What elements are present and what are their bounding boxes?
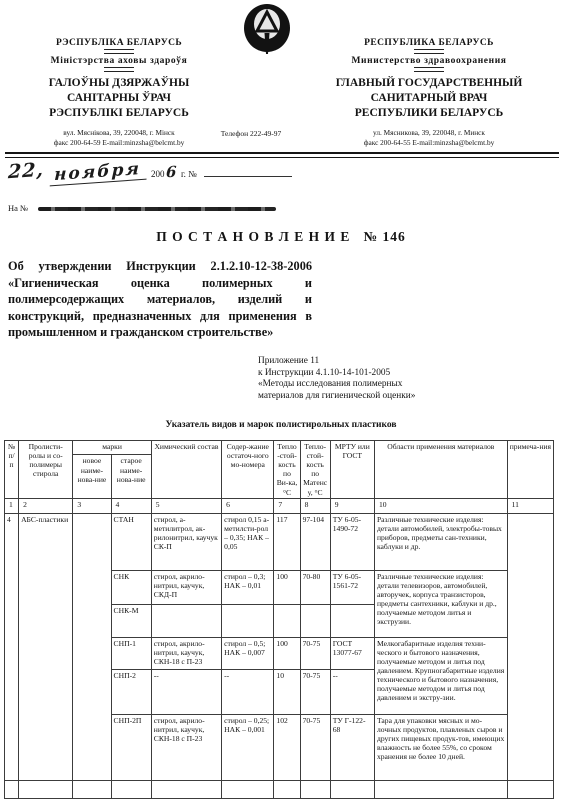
cell-composition: стирол, акрило-нитрил, каучук, СКД-П (151, 570, 221, 604)
cell-martens: 97-104 (300, 513, 330, 570)
handwritten-month: ноября (50, 159, 147, 187)
cell-martens: 70-75 (300, 714, 330, 780)
annex-line: Приложение 11 (258, 356, 558, 368)
cell-martens: 70-80 (300, 570, 330, 604)
col-number: 4 (111, 498, 151, 513)
annex-line: материалов для гигиенической оценки» (258, 391, 558, 403)
cell-vicat (274, 604, 300, 637)
number-label: г. № (181, 169, 197, 179)
col-number: 10 (374, 498, 507, 513)
subject-paragraph: Об утверждении Инструкции 2.1.2.10-12-38… (8, 258, 312, 341)
ministry-name-by: Міністэрства аховы здароўя (6, 56, 232, 66)
small-divider (104, 49, 134, 54)
authority-title-line: САНІТАРНЫ ЎРАЧ (6, 91, 232, 106)
col-header-marks: марки (73, 441, 151, 455)
col-number: 7 (274, 498, 300, 513)
reference-line: На № (8, 198, 276, 216)
col-header-monomer: Содер-жание остаточ-ного мо-номера (222, 441, 274, 499)
cell-martens: 70-75 (300, 669, 330, 714)
cell-mark: СНП-2П (111, 714, 151, 780)
col-header-standard: МРТУ или ГОСТ (330, 441, 374, 499)
subject-line: конструкций, предназначенных для примене… (8, 308, 312, 325)
col-header-application: Области применения материалов (374, 441, 507, 499)
annex-line: «Методы исследования полимерных (258, 379, 558, 391)
col-number: 9 (330, 498, 374, 513)
ministry-name-ru: Министерство здравоохранения (302, 56, 556, 66)
cell-composition (151, 604, 221, 637)
cell-monomer: стирол – 0,25; НАК – 0,001 (222, 714, 274, 780)
col-header-mark-new: новое наиме-нова-ние (73, 455, 111, 498)
authority-title-line: ГЛАВНЫЙ ГОСУДАРСТВЕННЫЙ (302, 76, 556, 91)
cell-vicat: 102 (274, 714, 300, 780)
year-prefix: 200 (151, 169, 165, 179)
cell-standard (330, 604, 374, 637)
cell-composition: -- (151, 669, 221, 714)
cell-monomer (222, 604, 274, 637)
cell-vicat: 117 (274, 513, 300, 570)
cell-composition: стирол, акрило-нитрил, каучук, СКН-18 с … (151, 714, 221, 780)
country-name-ru: РЕСПУБЛИКА БЕЛАРУСЬ (302, 38, 556, 48)
address-line: ул. Мясникова, 39, 220048, г. Минск (302, 128, 556, 138)
cell-composition: стирол, акрило-нитрил, каучук, СКН-18 с … (151, 637, 221, 669)
cell-martens (300, 604, 330, 637)
cell-application: Мелкогабаритные изделия техни-ческого и … (374, 637, 507, 714)
cell-application: Различные технические изделия: детали ав… (374, 513, 507, 570)
cell-mark: СНП-1 (111, 637, 151, 669)
col-header-martens: Тепло-стой-кость по Матенсу, °С (300, 441, 330, 499)
address-line: факс 200-64-59 E-mail:minzsha@belcmt.by (6, 138, 232, 148)
belarus-coat-of-arms-icon (237, 3, 297, 55)
cell-application: Тара для упаковки мясных и мо-лочных про… (374, 714, 507, 780)
authority-title-ru: ГЛАВНЫЙ ГОСУДАРСТВЕННЫЙ САНИТАРНЫЙ ВРАЧ … (302, 76, 556, 121)
col-header-notes: примеча-ния (507, 441, 553, 499)
address-line: факс 200-64-55 E-mail:minzsha@belcmt.by (302, 138, 556, 148)
document-title: П О С Т А Н О В Л Е Н И Е № 146 (0, 229, 562, 245)
redacted-reference-number (38, 207, 276, 211)
col-number: 3 (73, 498, 111, 513)
document-number-blank (204, 166, 292, 177)
cell-monomer: -- (222, 669, 274, 714)
annex-line: к Инструкции 4.1.10-14-101-2005 (258, 368, 558, 380)
cell-group: АБС-пластики (19, 513, 73, 780)
letterhead-russian: РЕСПУБЛИКА БЕЛАРУСЬ Министерство здравоо… (302, 38, 556, 148)
authority-title-line: РЭСПУБЛІКІ БЕЛАРУСЬ (6, 106, 232, 121)
cell-mark: СНК (111, 570, 151, 604)
cell-num: 4 (5, 513, 19, 780)
subject-line: полимерсодержащих материалов, изделий и (8, 291, 312, 308)
col-header-group: Пролисти-ролы и со-полимеры стирола (19, 441, 73, 499)
cell-application: Различные технические изделия: детали те… (374, 570, 507, 637)
col-header-vicat: Тепло-стой-кость по Ви-ка, °С (274, 441, 300, 499)
subject-line: Об утверждении Инструкции 2.1.2.10-12-38… (8, 258, 312, 275)
subject-line: промышленном и гражданском строительстве… (8, 324, 312, 341)
annex-reference: Приложение 11 к Инструкции 4.1.10-14-101… (258, 356, 558, 402)
col-header-composition: Химический состав (151, 441, 221, 499)
reference-label: На № (8, 203, 28, 213)
handwritten-year-digit: 6 (165, 163, 176, 182)
subject-line: «Гигиеническая оценка полимерных и (8, 275, 312, 292)
col-number: 6 (222, 498, 274, 513)
cell-standard: ТУ 6-05-1490-72 (330, 513, 374, 570)
cell-standard: ТУ Г-122-68 (330, 714, 374, 780)
cell-notes (507, 513, 553, 780)
authority-title-by: ГАЛОЎНЫ ДЗЯРЖАЎНЫ САНІТАРНЫ ЎРАЧ РЭСПУБЛ… (6, 76, 232, 121)
cell-mark: СНП-2 (111, 669, 151, 714)
handwritten-day: 22, (8, 159, 45, 184)
authority-title-line: ГАЛОЎНЫ ДЗЯРЖАЎНЫ (6, 76, 232, 91)
small-divider (414, 49, 444, 54)
cell-mark-new (73, 513, 111, 780)
col-number: 2 (19, 498, 73, 513)
cell-martens: 70-75 (300, 637, 330, 669)
cell-composition: стирол, а-метилитрол, ак-рилонитрил, кау… (151, 513, 221, 570)
authority-title-line: САНИТАРНЫЙ ВРАЧ (302, 91, 556, 106)
cell-vicat: 10 (274, 669, 300, 714)
plastics-index-table: № п/п Пролисти-ролы и со-полимеры стирол… (4, 440, 554, 799)
col-header-mark-old: старое наиме-нова-ние (111, 455, 151, 498)
col-number: 5 (151, 498, 221, 513)
cell-mark: СНК-М (111, 604, 151, 637)
cell-monomer: стирол – 0,5; НАК – 0,007 (222, 637, 274, 669)
col-number: 1 (5, 498, 19, 513)
col-number: 8 (300, 498, 330, 513)
table-row: 4 АБС-пластики СТАН стирол, а-метилитрол… (5, 513, 554, 570)
table-row-partial (5, 780, 554, 798)
cell-vicat: 100 (274, 637, 300, 669)
cell-monomer: стирол – 0,3; НАК – 0,01 (222, 570, 274, 604)
phone-number: Телефон 222-49-97 (196, 129, 306, 138)
horizontal-rule (5, 152, 559, 158)
small-divider (104, 67, 134, 72)
cell-monomer: стирол 0,15 а-метилсти-рол – 0,35; НАК –… (222, 513, 274, 570)
table-caption: Указатель видов и марок полистирольных п… (0, 420, 562, 430)
cell-mark: СТАН (111, 513, 151, 570)
cell-standard: ТУ 6-05-1561-72 (330, 570, 374, 604)
country-name-by: РЭСПУБЛІКА БЕЛАРУСЬ (6, 38, 232, 48)
cell-standard: -- (330, 669, 374, 714)
cell-vicat: 100 (274, 570, 300, 604)
cell-standard: ГОСТ 13077-67 (330, 637, 374, 669)
date-line: 22, ноября 2006 г. № (8, 160, 292, 183)
address-block-ru: ул. Мясникова, 39, 220048, г. Минск факс… (302, 128, 556, 148)
small-divider (414, 67, 444, 72)
col-number: 11 (507, 498, 553, 513)
document-page: РЭСПУБЛІКА БЕЛАРУСЬ Міністэрства аховы з… (0, 0, 562, 800)
col-header-num: № п/п (5, 441, 19, 499)
authority-title-line: РЕСПУБЛИКИ БЕЛАРУСЬ (302, 106, 556, 121)
